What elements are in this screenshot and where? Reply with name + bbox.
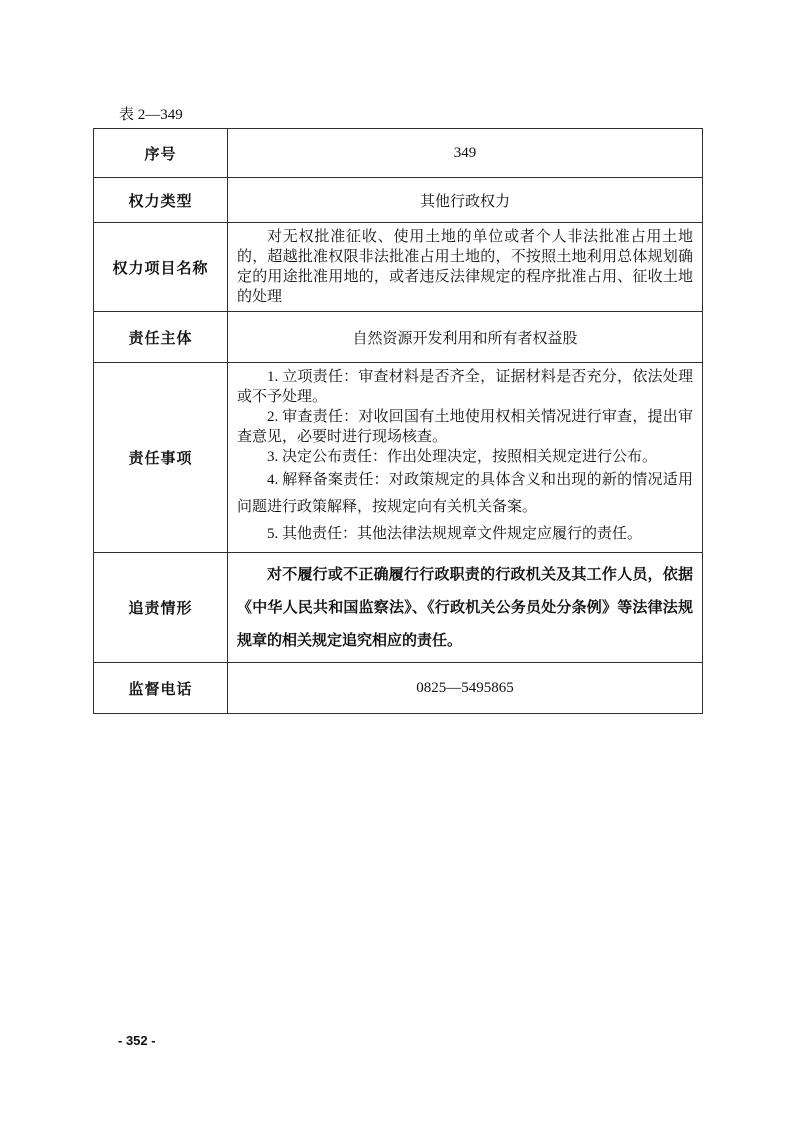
duty-item-3: 3. 决定公布责任：作出处理决定，按照相关规定进行公布。 [237,447,693,467]
table-row-serial-number: 序号 349 [94,129,703,178]
row-label-power-item-name: 权力项目名称 [94,223,228,312]
duty-item-1: 1. 立项责任：审查材料是否齐全，证据材料是否充分，依法处理或不予处理。 [237,367,693,407]
power-item-name-paragraph: 对无权批准征收、使用土地的单位或者个人非法批准占用土地的，超越批准权限非法批准占… [237,227,693,307]
row-label-responsible-body: 责任主体 [94,312,228,363]
table-row-supervision-phone: 监督电话 0825—5495865 [94,663,703,714]
duty-item-4: 4. 解释备案责任：对政策规定的具体含义和出现的新的情况适用问题进行政策解释，按… [237,467,693,521]
table-row-responsible-body: 责任主体 自然资源开发利用和所有者权益股 [94,312,703,363]
row-label-accountability: 追责情形 [94,553,228,663]
row-value-duty-items: 1. 立项责任：审查材料是否齐全，证据材料是否充分，依法处理或不予处理。 2. … [228,363,703,553]
row-label-serial-number: 序号 [94,129,228,178]
row-value-responsible-body: 自然资源开发利用和所有者权益股 [228,312,703,363]
duty-item-5: 5. 其他责任：其他法律法规规章文件规定应履行的责任。 [237,521,693,548]
row-value-supervision-phone: 0825—5495865 [228,663,703,714]
table-caption: 表 2—349 [119,103,183,124]
accountability-paragraph: 对不履行或不正确履行行政职责的行政机关及其工作人员，依据《中华人民共和国监察法》… [237,558,693,657]
table-row-duty-items: 责任事项 1. 立项责任：审查材料是否齐全，证据材料是否充分，依法处理或不予处理… [94,363,703,553]
duty-item-2: 2. 审查责任：对收回国有土地使用权相关情况进行审查，提出审查意见，必要时进行现… [237,407,693,447]
row-value-accountability: 对不履行或不正确履行行政职责的行政机关及其工作人员，依据《中华人民共和国监察法》… [228,553,703,663]
row-label-duty-items: 责任事项 [94,363,228,553]
row-value-serial-number: 349 [228,129,703,178]
row-value-power-item-name: 对无权批准征收、使用土地的单位或者个人非法批准占用土地的，超越批准权限非法批准占… [228,223,703,312]
row-label-supervision-phone: 监督电话 [94,663,228,714]
row-label-power-type: 权力类型 [94,178,228,223]
document-page: 表 2—349 序号 349 权力类型 其他行政权力 权力项目名称 对无权批准征… [0,0,793,1122]
table-row-power-type: 权力类型 其他行政权力 [94,178,703,223]
page-number: - 352 - [118,1033,156,1048]
responsibility-table: 序号 349 权力类型 其他行政权力 权力项目名称 对无权批准征收、使用土地的单… [93,128,703,714]
table-row-power-item-name: 权力项目名称 对无权批准征收、使用土地的单位或者个人非法批准占用土地的，超越批准… [94,223,703,312]
row-value-power-type: 其他行政权力 [228,178,703,223]
table-row-accountability: 追责情形 对不履行或不正确履行行政职责的行政机关及其工作人员，依据《中华人民共和… [94,553,703,663]
